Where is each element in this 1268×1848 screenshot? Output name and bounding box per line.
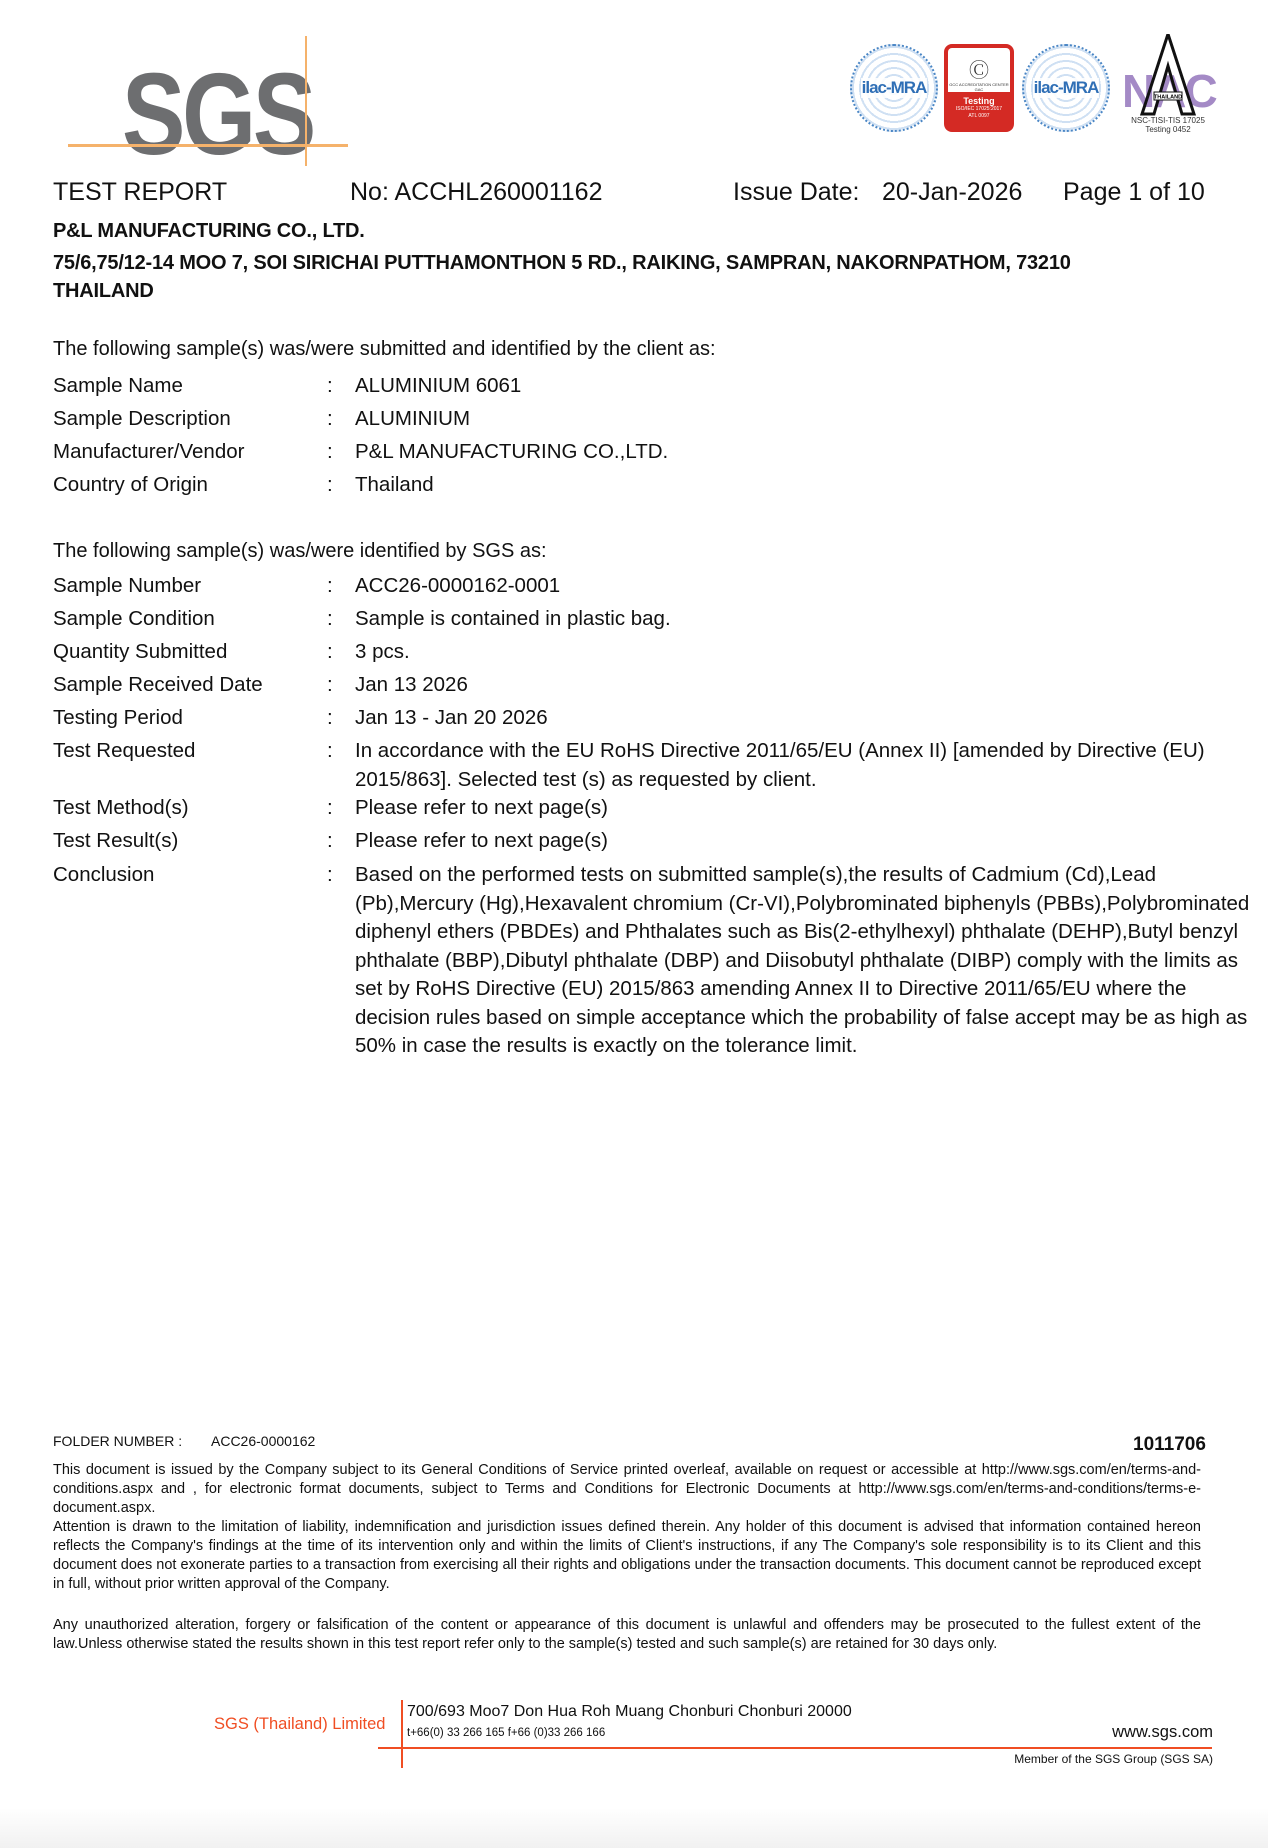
client-section-intro: The following sample(s) was/were submitt… bbox=[53, 338, 716, 361]
field-value: P&L MANUFACTURING CO.,LTD. bbox=[355, 438, 1260, 467]
field-label: Test Result(s) bbox=[53, 827, 323, 856]
field-separator: : bbox=[327, 572, 333, 601]
terms-note: This document is issued by the Company s… bbox=[53, 1461, 1201, 1594]
nac-accreditation: NSC-TISI-TIS 17025 bbox=[1118, 116, 1218, 125]
field-value: Please refer to next page(s) bbox=[355, 794, 1260, 823]
terms-paragraph: This document is issued by the Company s… bbox=[53, 1461, 1201, 1518]
client-name: P&L MANUFACTURING CO., LTD. bbox=[53, 220, 365, 243]
field-value: In accordance with the EU RoHS Directive… bbox=[355, 737, 1260, 794]
field-separator: : bbox=[327, 405, 333, 434]
field-label: Test Method(s) bbox=[53, 794, 323, 823]
page-indicator: Page 1 of 10 bbox=[1063, 178, 1205, 207]
sgs-phone: t+66(0) 33 266 165 f+66 (0)33 266 166 bbox=[407, 1727, 605, 1739]
field-separator: : bbox=[327, 638, 333, 667]
sgs-address: 700/693 Moo7 Don Hua Roh Muang Chonburi … bbox=[407, 1703, 852, 1721]
field-separator: : bbox=[327, 605, 333, 634]
field-label: Sample Name bbox=[53, 372, 323, 401]
report-title: TEST REPORT bbox=[53, 178, 227, 207]
issue-date: 20-Jan-2026 bbox=[882, 178, 1022, 207]
nac-testing-number: Testing 0452 bbox=[1118, 125, 1218, 134]
field-label: Sample Received Date bbox=[53, 671, 323, 700]
sgs-logo-text: SGS bbox=[122, 64, 313, 164]
issue-date-label: Issue Date: bbox=[733, 178, 859, 207]
gac-label: Testing bbox=[948, 96, 1010, 106]
field-label: Conclusion bbox=[53, 861, 323, 890]
field-separator: : bbox=[327, 471, 333, 500]
liability-paragraph: Attention is drawn to the limitation of … bbox=[53, 1518, 1201, 1594]
gac-abbr: GAC bbox=[975, 87, 984, 92]
folder-number-label: FOLDER NUMBER : bbox=[53, 1433, 182, 1449]
forgery-paragraph: Any unauthorized alteration, forgery or … bbox=[53, 1616, 1201, 1654]
field-separator: : bbox=[327, 438, 333, 467]
ilac-mra-label-2: ilac-MRA bbox=[1033, 78, 1100, 98]
field-separator: : bbox=[327, 671, 333, 700]
field-separator: : bbox=[327, 827, 333, 856]
field-value: Please refer to next page(s) bbox=[355, 827, 1260, 856]
footer-vertical-rule bbox=[401, 1700, 403, 1768]
field-label: Country of Origin bbox=[53, 471, 323, 500]
field-value: ACC26-0000162-0001 bbox=[355, 572, 1260, 601]
ilac-mra-badge-2: ilac-MRA bbox=[1022, 44, 1110, 132]
gac-standard: ISO/IEC 17025:2017 bbox=[948, 106, 1010, 113]
field-label: Sample Condition bbox=[53, 605, 323, 634]
client-address-line2: THAILAND bbox=[53, 280, 154, 303]
field-value: Sample is contained in plastic bag. bbox=[355, 605, 1260, 634]
field-separator: : bbox=[327, 737, 333, 766]
sgs-website-link[interactable]: www.sgs.com bbox=[1112, 1723, 1213, 1742]
field-label: Sample Description bbox=[53, 405, 323, 434]
sgs-logo: SGS bbox=[58, 36, 348, 166]
temple-roof-icon: THAILAND bbox=[1138, 34, 1198, 116]
field-label: Quantity Submitted bbox=[53, 638, 323, 667]
field-value: ALUMINIUM bbox=[355, 405, 1260, 434]
forgery-note: Any unauthorized alteration, forgery or … bbox=[53, 1616, 1201, 1654]
field-value: 3 pcs. bbox=[355, 638, 1260, 667]
sgs-company-name: SGS (Thailand) Limited bbox=[214, 1715, 386, 1734]
field-separator: : bbox=[327, 794, 333, 823]
folder-number: ACC26-0000162 bbox=[211, 1433, 315, 1449]
field-label: Testing Period bbox=[53, 704, 323, 733]
field-value: Jan 13 2026 bbox=[355, 671, 1260, 700]
field-value: Based on the performed tests on submitte… bbox=[355, 861, 1260, 1061]
ilac-mra-label: ilac-MRA bbox=[861, 78, 928, 98]
gac-emblem-icon: Ⓒ bbox=[969, 60, 989, 82]
field-label: Test Requested bbox=[53, 737, 323, 766]
client-address-line1: 75/6,75/12-14 MOO 7, SOI SIRICHAI PUTTHA… bbox=[53, 252, 1071, 275]
nac-thailand-badge: NAC THAILAND NSC-TISI-TIS 17025 Testing … bbox=[1118, 34, 1218, 134]
field-value: ALUMINIUM 6061 bbox=[355, 372, 1260, 401]
field-separator: : bbox=[327, 372, 333, 401]
gac-testing-badge: Ⓒ GCC ACCREDITATION CENTER GAC Testing I… bbox=[944, 44, 1014, 132]
ilac-mra-badge: ilac-MRA bbox=[850, 44, 938, 132]
field-value: Thailand bbox=[355, 471, 1260, 500]
field-value: Jan 13 - Jan 20 2026 bbox=[355, 704, 1260, 733]
gac-code: ATL 0097 bbox=[948, 113, 1010, 120]
sgs-section-intro: The following sample(s) was/were identif… bbox=[53, 540, 547, 563]
sgs-group-member: Member of the SGS Group (SGS SA) bbox=[1014, 1752, 1213, 1766]
field-label: Manufacturer/Vendor bbox=[53, 438, 323, 467]
page-bottom-margin bbox=[0, 1808, 1268, 1848]
field-separator: : bbox=[327, 704, 333, 733]
field-label: Sample Number bbox=[53, 572, 323, 601]
report-number: No: ACCHL260001162 bbox=[350, 178, 603, 207]
footer-horizontal-rule bbox=[378, 1747, 1212, 1749]
logo-vertical-rule bbox=[305, 36, 307, 166]
svg-text:THAILAND: THAILAND bbox=[1154, 95, 1182, 101]
field-separator: : bbox=[327, 861, 333, 890]
document-code: 1011706 bbox=[1133, 1434, 1206, 1456]
